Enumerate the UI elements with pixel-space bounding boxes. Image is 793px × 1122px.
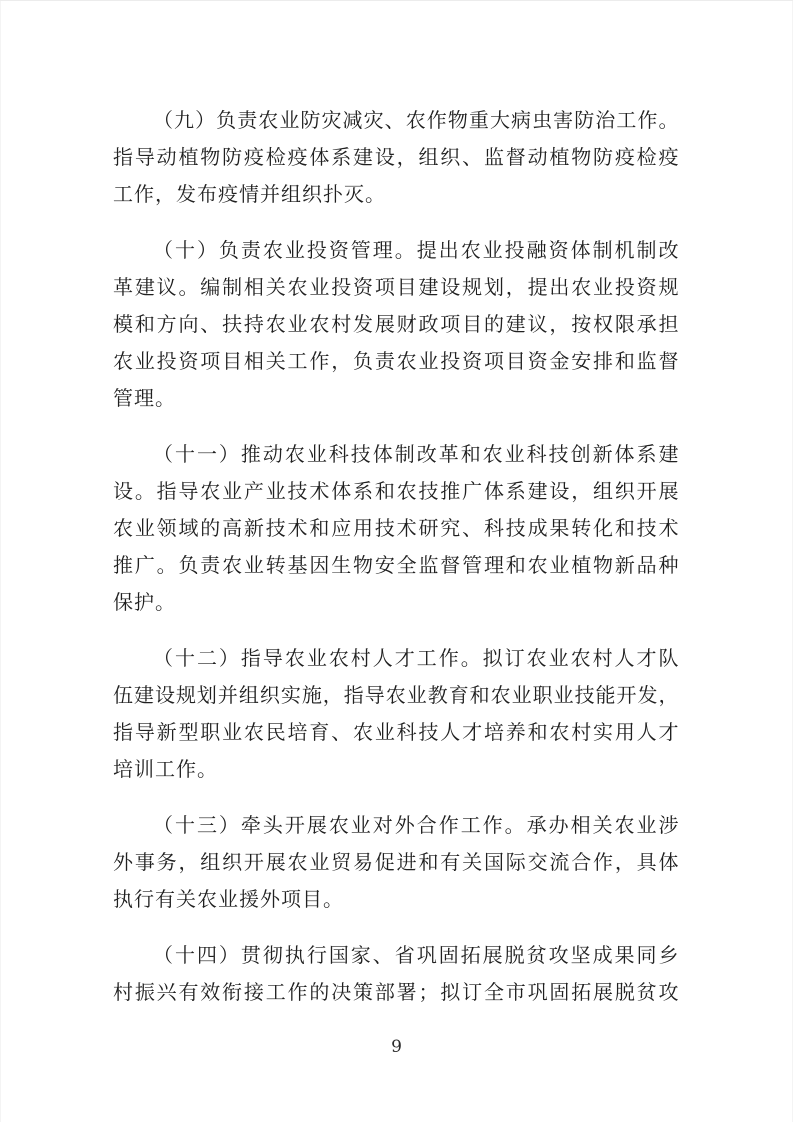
paragraph: （九）负责农业防灾减灾、农作物重大病虫害防治工作。指导动植物防疫检疫体系建设，组… xyxy=(113,102,679,213)
text-line: 管理。 xyxy=(113,380,679,417)
text-line: 保护。 xyxy=(113,584,679,621)
text-line: （十四）贯彻执行国家、省巩固拓展脱贫攻坚成果同乡 xyxy=(113,937,679,974)
document-body: （九）负责农业防灾减灾、农作物重大病虫害防治工作。指导动植物防疫检疫体系建设，组… xyxy=(113,102,679,1030)
text-line: 农业投资项目相关工作，负责农业投资项目资金安排和监督 xyxy=(113,343,679,380)
text-line: 农业领域的高新技术和应用技术研究、科技成果转化和技术 xyxy=(113,510,679,547)
text-line: 推广。负责农业转基因生物安全监督管理和农业植物新品种 xyxy=(113,547,679,584)
text-line: 伍建设规划并组织实施，指导农业教育和农业职业技能开发， xyxy=(113,677,679,714)
text-line: 指导动植物防疫检疫体系建设，组织、监督动植物防疫检疫 xyxy=(113,139,679,176)
text-line: 村振兴有效衔接工作的决策部署；拟订全市巩固拓展脱贫攻 xyxy=(113,974,679,1011)
text-line: （十三）牵头开展农业对外合作工作。承办相关农业涉 xyxy=(113,807,679,844)
text-line: 指导新型职业农民培育、农业科技人才培养和农村实用人才 xyxy=(113,714,679,751)
text-line: 设。指导农业产业技术体系和农技推广体系建设，组织开展 xyxy=(113,473,679,510)
text-line: （十）负责农业投资管理。提出农业投融资体制机制改 xyxy=(113,232,679,269)
page-number: 9 xyxy=(0,1036,793,1058)
text-line: 培训工作。 xyxy=(113,751,679,788)
paragraph: （十二）指导农业农村人才工作。拟订农业农村人才队伍建设规划并组织实施，指导农业教… xyxy=(113,640,679,788)
text-line: 模和方向、扶持农业农村发展财政项目的建议，按权限承担 xyxy=(113,306,679,343)
paragraph: （十一）推动农业科技体制改革和农业科技创新体系建设。指导农业产业技术体系和农技推… xyxy=(113,436,679,621)
text-line: （十一）推动农业科技体制改革和农业科技创新体系建 xyxy=(113,436,679,473)
paragraph: （十）负责农业投资管理。提出农业投融资体制机制改革建议。编制相关农业投资项目建设… xyxy=(113,232,679,417)
text-line: 执行有关农业援外项目。 xyxy=(113,881,679,918)
text-line: 革建议。编制相关农业投资项目建设规划，提出农业投资规 xyxy=(113,269,679,306)
paragraph: （十三）牵头开展农业对外合作工作。承办相关农业涉外事务，组织开展农业贸易促进和有… xyxy=(113,807,679,918)
text-line: （十二）指导农业农村人才工作。拟订农业农村人才队 xyxy=(113,640,679,677)
text-line: 外事务，组织开展农业贸易促进和有关国际交流合作，具体 xyxy=(113,844,679,881)
text-line: 工作，发布疫情并组织扑灭。 xyxy=(113,176,679,213)
text-line: （九）负责农业防灾减灾、农作物重大病虫害防治工作。 xyxy=(113,102,679,139)
paragraph: （十四）贯彻执行国家、省巩固拓展脱贫攻坚成果同乡村振兴有效衔接工作的决策部署；拟… xyxy=(113,937,679,1011)
document-page: （九）负责农业防灾减灾、农作物重大病虫害防治工作。指导动植物防疫检疫体系建设，组… xyxy=(0,0,793,1122)
